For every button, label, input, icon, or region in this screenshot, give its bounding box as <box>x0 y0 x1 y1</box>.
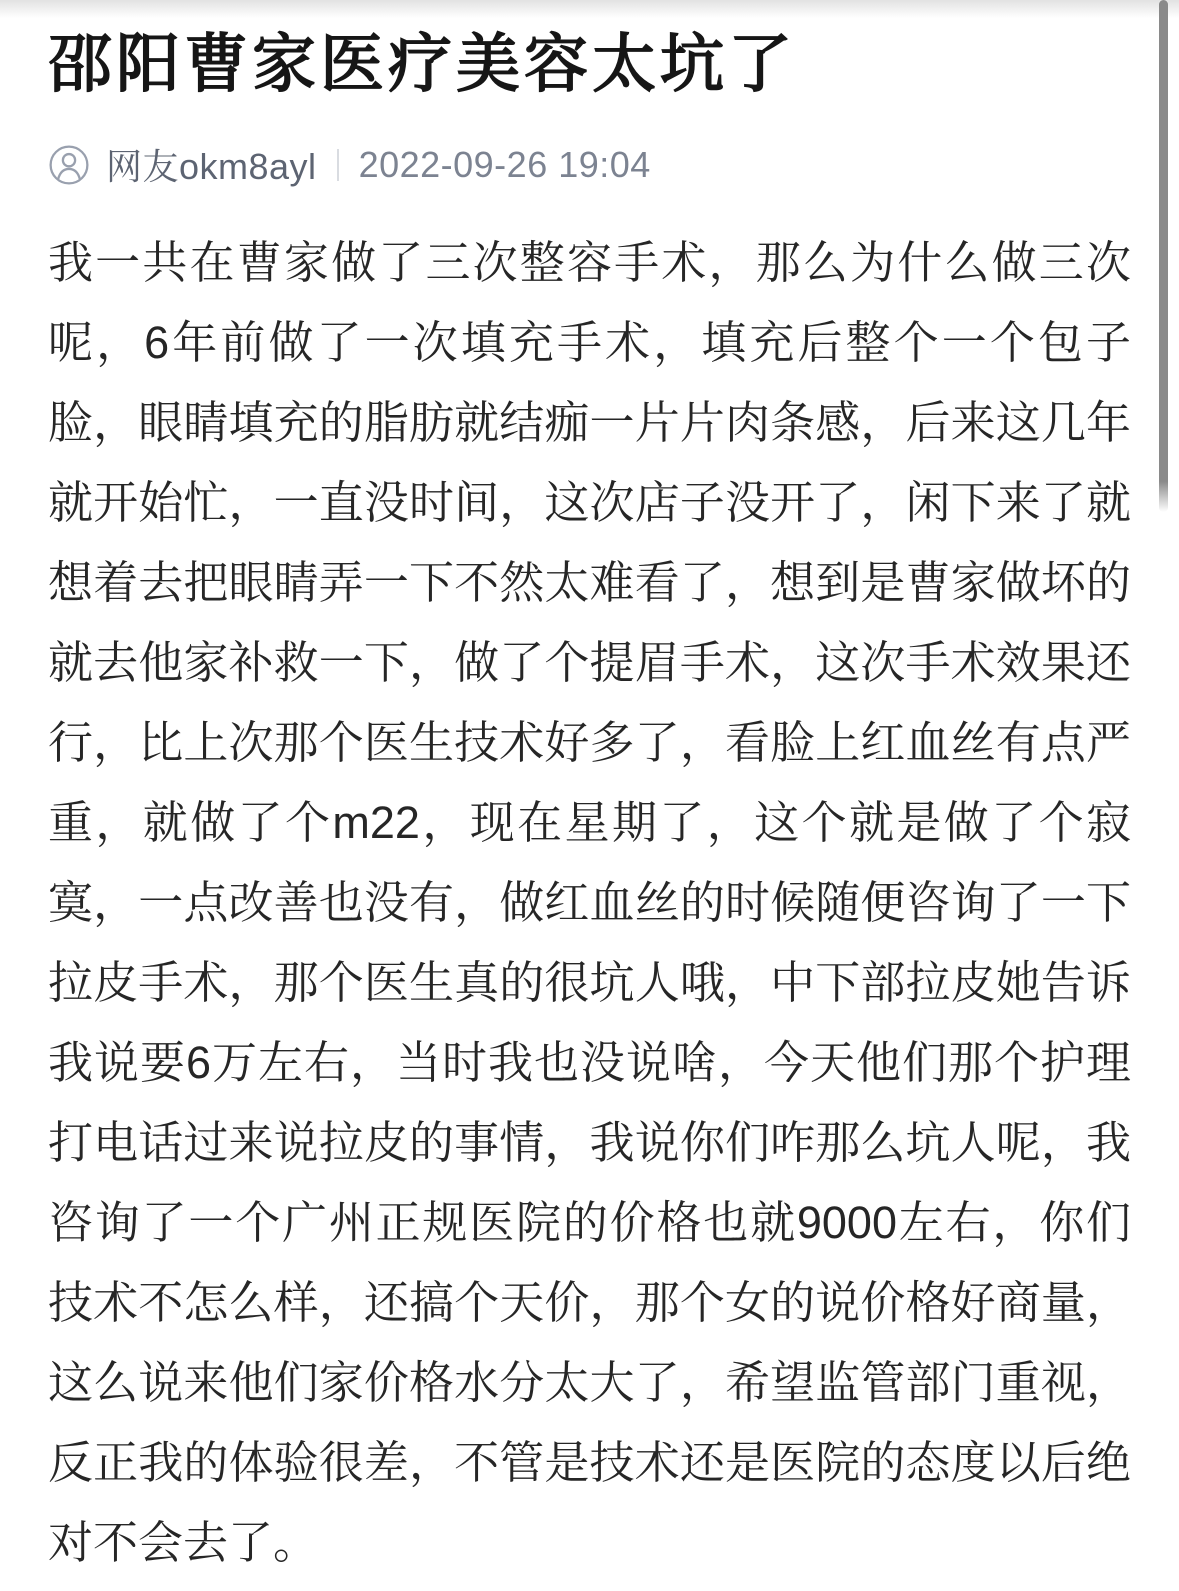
meta-divider <box>337 149 339 181</box>
post-container: 邵阳曹家医疗美容太坑了 网友okm8ayl 2022-09-26 19:04 我… <box>0 0 1179 1583</box>
post-meta-row: 网友okm8ayl 2022-09-26 19:04 <box>48 143 1131 187</box>
author-name: 网友okm8ayl <box>106 139 317 190</box>
user-avatar-icon <box>48 144 90 186</box>
post-title: 邵阳曹家医疗美容太坑了 <box>48 26 1131 103</box>
post-body-text: 我一共在曹家做了三次整容手术，那么为什么做三次呢，6年前做了一次填充手术，填充后… <box>48 223 1131 1583</box>
post-date: 2022-09-26 19:04 <box>359 144 651 186</box>
